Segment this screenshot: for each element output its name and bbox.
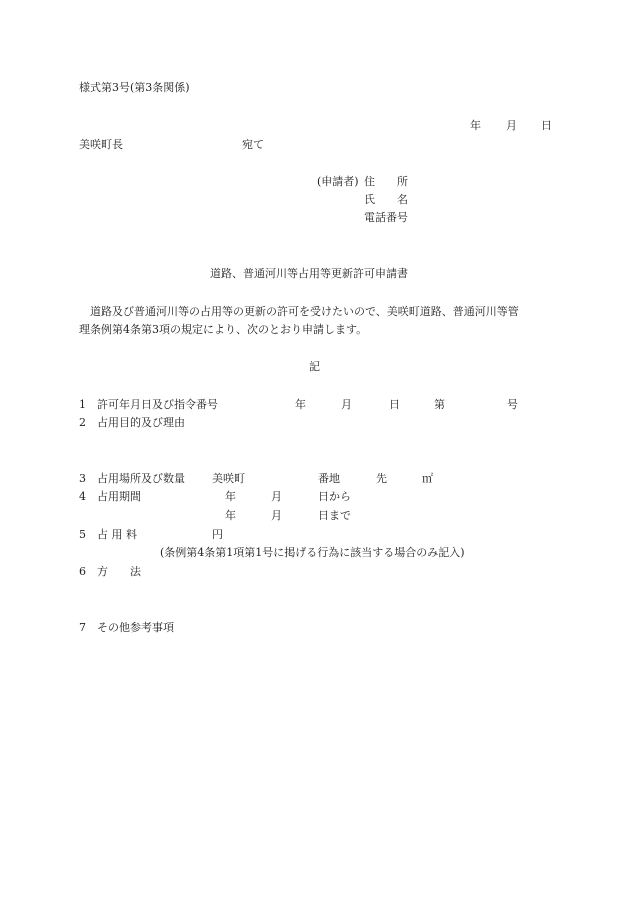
to-day: 日まで [318,509,351,523]
applicant-phone: 電話番号 [364,211,408,225]
item-day: 日 [389,398,400,412]
item-note: (条例第4条第1項第1号に掲げる行為に該当する場合のみ記入) [160,546,465,560]
date-year: 年 [470,119,481,133]
ki-heading: 記 [309,360,320,374]
addressee-suffix: 宛て [242,138,264,152]
to-year: 年 [225,509,236,523]
item-label: 占用目的及び理由 [97,416,185,430]
item-label: 方 法 [97,565,141,579]
item-num: 6 [79,565,86,579]
item-num: 4 [79,490,86,504]
item-year: 年 [295,398,306,412]
from-year: 年 [225,490,236,504]
item-go: 号 [507,398,518,412]
item-num: 1 [79,398,86,412]
item-month: 月 [341,398,352,412]
item-num: 5 [79,528,86,542]
item-num: 2 [79,416,86,430]
item-banchi: 番地 [318,472,340,486]
from-day: 日から [318,490,351,504]
applicant-label: (申請者) [317,175,359,189]
item-label: その他参考事項 [97,621,174,635]
item-num: 7 [79,621,86,635]
date-day: 日 [541,119,552,133]
body-line-2: 理条例第4条第3項の規定により、次のとおり申請します。 [79,323,367,337]
date-month: 月 [506,119,517,133]
form-number: 様式第3号(第3条関係) [79,81,190,95]
item-dai: 第 [434,398,445,412]
item-yen: 円 [212,528,223,542]
applicant-name: 氏 名 [364,193,408,207]
item-num: 3 [79,472,86,486]
item-label: 占用期間 [97,490,141,504]
document-title: 道路、普通河川等占用等更新許可申請書 [210,267,408,281]
item-town: 美咲町 [212,472,245,486]
item-label: 占 用 料 [97,528,137,542]
to-month: 月 [271,509,282,523]
applicant-address: 住 所 [364,175,408,189]
addressee-name: 美咲町長 [79,138,123,152]
item-label: 許可年月日及び指令番号 [97,398,218,412]
from-month: 月 [271,490,282,504]
item-label: 占用場所及び数量 [97,472,185,486]
item-unit: ㎡ [422,472,433,486]
body-line-1: 道路及び普通河川等の占用等の更新の許可を受けたいので、美咲町道路、普通河川等管 [90,305,519,319]
item-saki: 先 [376,472,387,486]
